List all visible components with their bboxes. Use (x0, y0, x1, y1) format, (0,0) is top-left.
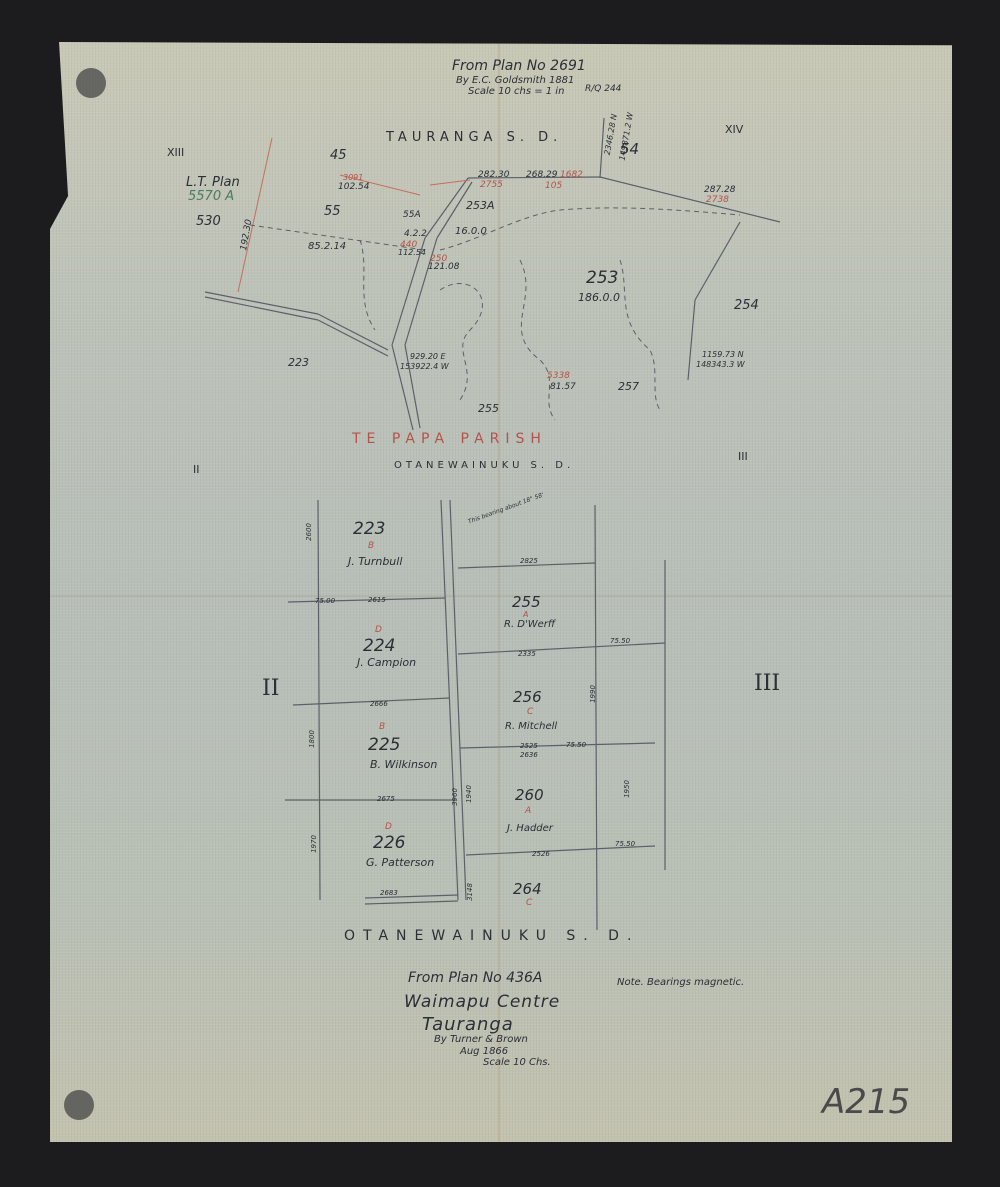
district-tauranga: TAURANGA S. D. (386, 130, 562, 145)
measure-75-00: 75.00 (315, 597, 335, 605)
measure-1970: 1970 (310, 835, 318, 853)
lot-223-class: B (368, 541, 374, 551)
measure-1940: 1940 (465, 785, 473, 803)
lot-255-owner: R. D'Werff (504, 619, 555, 630)
header-scale: Scale 10 chs = 1 in (468, 86, 564, 97)
measure-1990: 1990 (589, 685, 597, 703)
measure-102-54: 102.54 (338, 182, 370, 192)
red-measure-105: 105 (545, 181, 562, 191)
coord-148343-3-w: 148343.3 W (696, 360, 745, 369)
lot-255-class: A (523, 610, 528, 619)
measure-3148: 3148 (466, 883, 474, 901)
measure-2636: 2636 (520, 751, 538, 759)
lot-256-class: C (527, 707, 533, 717)
lot-226-number: 226 (373, 833, 405, 853)
block-iii: III (754, 671, 780, 696)
footer-note: Note. Bearings magnetic. (617, 977, 744, 988)
lot-224-number: 224 (363, 636, 395, 656)
lot-264-number: 264 (513, 880, 542, 898)
lot-255-number: 255 (512, 593, 541, 611)
measure-2600: 2600 (305, 523, 313, 541)
lot-55a-area: 4.2.2 (404, 229, 427, 239)
coord-153922-4-w: 153922.4 W (400, 362, 449, 371)
measure-2526: 2526 (532, 850, 550, 858)
lt-plan-label: L.T. Plan (186, 175, 240, 190)
lot-223-owner: J. Turnbull (348, 555, 402, 568)
red-measure-3091: 3091 (343, 173, 363, 182)
lot-225-owner: B. Wilkinson (370, 758, 437, 771)
measure-2666: 2666 (370, 700, 388, 708)
footer-from-plan: From Plan No 436A (408, 970, 542, 986)
lot-530: 530 (196, 214, 221, 229)
block-iii-small: III (738, 450, 748, 463)
red-measure-250: 250 (430, 254, 447, 264)
lot-226-owner: G. Patterson (366, 856, 434, 869)
red-measure-1682: 1682 (560, 170, 583, 180)
measure-75-50-b: 75.50 (566, 741, 586, 749)
block-ii-small: II (193, 463, 200, 476)
lot-55: 55 (324, 204, 341, 219)
lot-257: 257 (618, 380, 639, 393)
measure-2825: 2825 (520, 557, 538, 565)
footer-place: Waimapu Centre (404, 992, 560, 1012)
measure-287-28: 287.28 (704, 185, 736, 195)
red-measure-2738: 2738 (706, 195, 729, 205)
lot-253-area: 186.0.0 (578, 291, 620, 304)
lot-226-class: D (385, 822, 392, 832)
catalogue-number: A215 (822, 1082, 910, 1122)
lot-253a: 253A (466, 199, 495, 212)
footer-town: Tauranga (422, 1014, 514, 1035)
lot-253a-area: 16.0.0 (455, 226, 487, 237)
lot-256-owner: R. Mitchell (505, 721, 557, 732)
measure-5338: 5338 (547, 371, 570, 381)
coord-1159-73-n: 1159.73 N (702, 350, 744, 359)
measure-268-29: 268.29 (526, 170, 558, 180)
measure-2525: 2525 (520, 742, 538, 750)
lot-55a: 55A (403, 210, 421, 220)
measure-1950: 1950 (623, 780, 631, 798)
lot-224-class: D (375, 625, 382, 635)
measure-2675: 2675 (377, 795, 395, 803)
footer-date: Aug 1866 (460, 1046, 508, 1057)
lot-264-class: C (526, 898, 532, 908)
measure-2683: 2683 (380, 889, 398, 897)
lt-plan-number: 5570 A (188, 189, 234, 204)
lot-224-owner: J. Campion (357, 656, 416, 669)
measure-81-57: 81.57 (550, 382, 576, 392)
district-otanewainuku-top: OTANEWAINUKU S. D. (394, 460, 574, 471)
lot-223-upper: 223 (288, 356, 309, 369)
lot-225-number: 225 (368, 735, 400, 755)
red-measure-2755: 2755 (480, 180, 503, 190)
lot-223-number: 223 (353, 519, 385, 539)
header-by-line: By E.C. Goldsmith 1881 (456, 75, 574, 86)
footer-by-line: By Turner & Brown (434, 1034, 528, 1045)
block-xiv: XIV (725, 123, 743, 136)
block-xiii: XIII (167, 146, 184, 159)
footer-scale: Scale 10 Chs. (483, 1057, 551, 1068)
lot-45: 45 (330, 148, 347, 163)
parish-label: TE PAPA PARISH (352, 431, 547, 447)
header-from-plan: From Plan No 2691 (452, 58, 586, 74)
red-measure-440: 440 (400, 240, 417, 250)
measure-2615: 2615 (368, 596, 386, 604)
measure-75-50-c: 75.50 (615, 840, 635, 848)
block-ii: II (262, 676, 279, 701)
district-otanewainuku-bottom: OTANEWAINUKU S. D. (344, 928, 639, 944)
lot-260-number: 260 (515, 786, 544, 804)
header-ref: R/Q 244 (585, 84, 621, 94)
lot-255-upper: 255 (478, 402, 499, 415)
lot-260-class: A (525, 806, 531, 816)
lot-253: 253 (586, 268, 618, 288)
lot-225-class: B (379, 722, 385, 732)
measure-85-2-14: 85.2.14 (308, 241, 346, 252)
measure-75-50-a: 75.50 (610, 637, 630, 645)
measure-282-30: 282.30 (478, 170, 510, 180)
lot-256-number: 256 (513, 688, 542, 706)
measure-1800: 1800 (308, 730, 316, 748)
measure-3960: 3960 (451, 788, 459, 806)
lot-254: 254 (734, 298, 759, 313)
lot-260-owner: J. Hadder (507, 823, 553, 834)
coord-929-20-e: 929.20 E (410, 352, 446, 361)
measure-2335: 2335 (518, 650, 536, 658)
